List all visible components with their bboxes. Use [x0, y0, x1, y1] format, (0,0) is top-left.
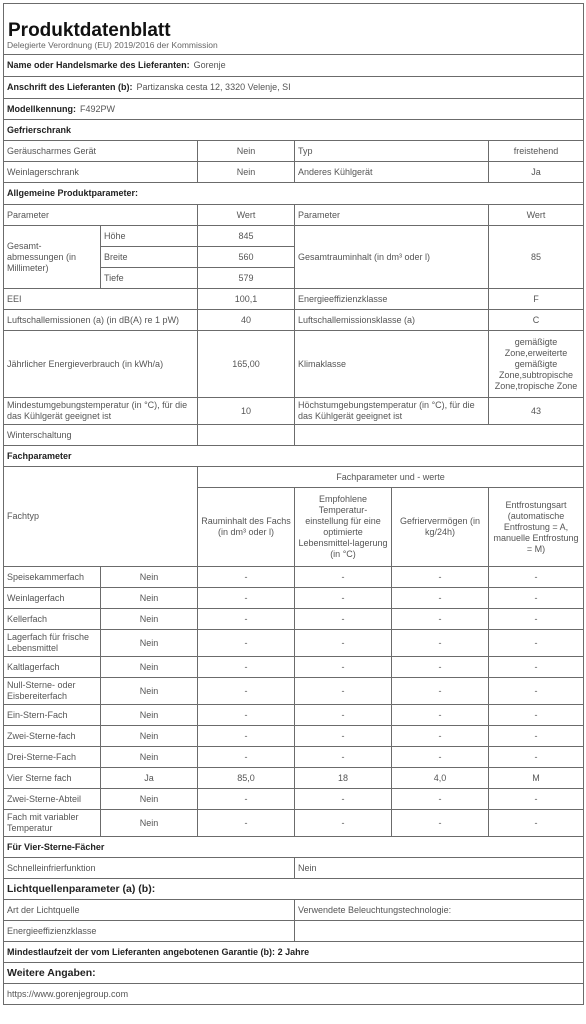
compartment-value: - [295, 726, 392, 747]
compartment-value: - [392, 705, 489, 726]
compartment-present: Nein [101, 588, 198, 609]
compartment-value: - [198, 726, 295, 747]
noise-class-label: Luftschallemissionsklasse (a) [295, 310, 489, 331]
compartment-type: Drei-Sterne-Fach [4, 747, 101, 768]
compartment-type: Kaltlagerfach [4, 657, 101, 678]
col-value-2: Wert [489, 205, 584, 226]
max-temp-label: Höchstumgebungstemperatur (in °C), für d… [295, 398, 489, 425]
compartment-value: - [198, 657, 295, 678]
compartment-group-header: Fachparameter und - werte [198, 467, 584, 488]
general-heading: Allgemeine Produktparameter: [4, 183, 584, 205]
col-recommended-temp: Empfohlene Temperatur-einstellung für ei… [295, 488, 392, 567]
category-value: Nein [198, 162, 295, 183]
four-star-heading: Für Vier-Sterne-Fächer [4, 837, 584, 858]
max-temp-value: 43 [489, 398, 584, 425]
compartment-value: - [198, 630, 295, 657]
general-row: Luftschallemissionen (a) (in dB(A) re 1 … [4, 310, 584, 331]
dimension-height-label: Höhe [101, 226, 198, 247]
compartment-present: Nein [101, 609, 198, 630]
compartment-value: - [392, 678, 489, 705]
compartment-row: Lagerfach für frische LebensmittelNein--… [4, 630, 584, 657]
noise-label: Luftschallemissionen (a) (in dB(A) re 1 … [4, 310, 198, 331]
address-value: Partizanska cesta 12, 3320 Velenje, SI [137, 82, 291, 92]
compartment-value: - [198, 789, 295, 810]
category-row: Weinlagerschrank Nein Anderes Kühlgerät … [4, 162, 584, 183]
compartment-value: - [392, 609, 489, 630]
col-param: Parameter [4, 205, 198, 226]
general-header-row: Parameter Wert Parameter Wert [4, 205, 584, 226]
compartment-value: - [392, 747, 489, 768]
volume-label: Gesamtrauminhalt (in dm³ oder l) [295, 226, 489, 289]
compartment-value: - [392, 567, 489, 588]
light-class-value [295, 921, 584, 942]
address-row: Anschrift des Lieferanten (b):Partizansk… [4, 77, 584, 99]
compartment-value: - [489, 810, 584, 837]
fast-freeze-label: Schnelleinfrierfunktion [4, 858, 295, 879]
compartment-type: Ein-Stern-Fach [4, 705, 101, 726]
compartment-value: - [295, 609, 392, 630]
compartment-value: - [295, 567, 392, 588]
col-volume: Rauminhalt des Fachs (in dm³ oder l) [198, 488, 295, 567]
energy-class-value: F [489, 289, 584, 310]
compartment-present: Nein [101, 747, 198, 768]
compartment-value: - [392, 789, 489, 810]
col-compartment-type: Fachtyp [4, 467, 198, 567]
compartment-value: - [489, 747, 584, 768]
compartment-value: - [295, 705, 392, 726]
compartment-value: - [198, 609, 295, 630]
category-label-2: Typ [295, 141, 489, 162]
compartment-type: Zwei-Sterne-Abteil [4, 789, 101, 810]
dimension-depth-label: Tiefe [101, 268, 198, 289]
further-info-heading: Weitere Angaben: [4, 963, 584, 984]
compartment-rows: SpeisekammerfachNein----WeinlagerfachNei… [4, 567, 584, 837]
warranty-row: Mindestlaufzeit der vom Lieferanten ange… [4, 942, 584, 963]
category-label: Weinlagerschrank [4, 162, 198, 183]
compartment-row: WeinlagerfachNein---- [4, 588, 584, 609]
eei-value: 100,1 [198, 289, 295, 310]
model-row: Modellkennung:F492PW [4, 99, 584, 120]
winter-switch-label: Winterschaltung [4, 425, 198, 446]
compartment-value: - [295, 810, 392, 837]
noise-value: 40 [198, 310, 295, 331]
winter-switch-empty [295, 425, 584, 446]
general-row: EEI 100,1 Energieeffizienzklasse F [4, 289, 584, 310]
warranty-label: Mindestlaufzeit der vom Lieferanten ange… [7, 947, 275, 957]
compartment-row: Ein-Stern-FachNein---- [4, 705, 584, 726]
col-value: Wert [198, 205, 295, 226]
compartment-value: - [198, 678, 295, 705]
annual-energy-label: Jährlicher Energieverbrauch (in kWh/a) [4, 331, 198, 398]
compartment-present: Nein [101, 567, 198, 588]
compartment-value: - [295, 588, 392, 609]
compartment-type: Vier Sterne fach [4, 768, 101, 789]
dimension-height-value: 845 [198, 226, 295, 247]
compartment-value: - [489, 789, 584, 810]
compartments-heading: Fachparameter [4, 446, 584, 467]
category-label: Geräuscharmes Gerät [4, 141, 198, 162]
compartment-value: - [295, 678, 392, 705]
light-heading: Lichtquellenparameter (a) (b): [4, 879, 584, 900]
compartment-value: - [392, 726, 489, 747]
compartment-value: M [489, 768, 584, 789]
light-class-label: Energieeffizienzklasse [4, 921, 295, 942]
col-freezing-capacity: Gefriervermögen (in kg/24h) [392, 488, 489, 567]
col-defrost-type: Entfrostungsart (automatische Entfrostun… [489, 488, 584, 567]
page-title: Produktdatenblatt [4, 4, 584, 37]
compartment-present: Nein [101, 657, 198, 678]
compartment-present: Nein [101, 678, 198, 705]
dimension-depth-value: 579 [198, 268, 295, 289]
compartment-value: - [198, 747, 295, 768]
compartment-value: - [489, 630, 584, 657]
compartment-present: Nein [101, 810, 198, 837]
compartment-value: - [295, 789, 392, 810]
compartment-present: Nein [101, 789, 198, 810]
compartment-value: - [489, 678, 584, 705]
compartment-value: 85,0 [198, 768, 295, 789]
general-row: Jährlicher Energieverbrauch (in kWh/a) 1… [4, 331, 584, 398]
compartment-value: - [489, 657, 584, 678]
supplier-label: Name oder Handelsmarke des Lieferanten: [7, 60, 190, 70]
compartment-row: Drei-Sterne-FachNein---- [4, 747, 584, 768]
winter-switch-value [198, 425, 295, 446]
compartment-row: Vier Sterne fachJa85,0184,0M [4, 768, 584, 789]
compartment-row: SpeisekammerfachNein---- [4, 567, 584, 588]
category-value-2: Ja [489, 162, 584, 183]
compartment-type: Weinlagerfach [4, 588, 101, 609]
annual-energy-value: 165,00 [198, 331, 295, 398]
climate-class-value: gemäßigte Zone,erweiterte gemäßigte Zone… [489, 331, 584, 398]
compartment-value: - [489, 588, 584, 609]
compartment-present: Nein [101, 630, 198, 657]
warranty-value: 2 Jahre [278, 947, 310, 957]
min-temp-label: Mindestumgebungstemperatur (in °C), für … [4, 398, 198, 425]
model-label: Modellkennung: [7, 104, 76, 114]
min-temp-value: 10 [198, 398, 295, 425]
compartment-value: - [392, 810, 489, 837]
compartment-value: - [198, 588, 295, 609]
col-param-2: Parameter [295, 205, 489, 226]
compartment-row: Zwei-Sterne-fachNein---- [4, 726, 584, 747]
category-value-2: freistehend [489, 141, 584, 162]
volume-value: 85 [489, 226, 584, 289]
category-heading: Gefrierschrank [4, 120, 584, 141]
supplier-value: Gorenje [194, 60, 226, 70]
regulation-subtitle: Delegierte Verordnung (EU) 2019/2016 der… [4, 36, 584, 55]
compartment-value: - [295, 657, 392, 678]
website-link[interactable]: https://www.gorenjegroup.com [4, 984, 584, 1005]
compartment-value: - [198, 705, 295, 726]
energy-class-label: Energieeffizienzklasse [295, 289, 489, 310]
compartment-value: - [392, 657, 489, 678]
compartment-value: - [489, 609, 584, 630]
compartment-present: Nein [101, 726, 198, 747]
compartment-type: Zwei-Sterne-fach [4, 726, 101, 747]
compartment-row: KellerfachNein---- [4, 609, 584, 630]
light-type-label: Art der Lichtquelle [4, 900, 295, 921]
category-row: Geräuscharmes Gerät Nein Typ freistehend [4, 141, 584, 162]
climate-class-label: Klimaklasse [295, 331, 489, 398]
supplier-row: Name oder Handelsmarke des Lieferanten:G… [4, 55, 584, 77]
compartment-present: Nein [101, 705, 198, 726]
dimension-width-value: 560 [198, 247, 295, 268]
compartment-value: - [198, 810, 295, 837]
compartment-value: 4,0 [392, 768, 489, 789]
compartment-type: Fach mit variabler Temperatur [4, 810, 101, 837]
compartment-row: Null-Sterne- oder EisbereiterfachNein---… [4, 678, 584, 705]
category-value: Nein [198, 141, 295, 162]
dimensions-label: Gesamt-abmessungen (in Millimeter) [4, 226, 101, 289]
compartment-value: - [489, 726, 584, 747]
address-label: Anschrift des Lieferanten (b): [7, 82, 133, 92]
compartment-value: - [392, 588, 489, 609]
dimension-width-label: Breite [101, 247, 198, 268]
noise-class-value: C [489, 310, 584, 331]
model-value: F492PW [80, 104, 115, 114]
sheet-table: Produktdatenblatt Delegierte Verordnung … [3, 3, 584, 1005]
product-data-sheet: Produktdatenblatt Delegierte Verordnung … [3, 3, 583, 1005]
compartment-value: 18 [295, 768, 392, 789]
eei-label: EEI [4, 289, 198, 310]
compartment-type: Speisekammerfach [4, 567, 101, 588]
compartment-value: - [295, 747, 392, 768]
compartment-row: Zwei-Sterne-AbteilNein---- [4, 789, 584, 810]
compartment-value: - [295, 630, 392, 657]
category-label-2: Anderes Kühlgerät [295, 162, 489, 183]
fast-freeze-value: Nein [295, 858, 584, 879]
compartment-value: - [392, 630, 489, 657]
light-tech-label: Verwendete Beleuchtungstechnologie: [295, 900, 584, 921]
compartment-row: Fach mit variabler TemperaturNein---- [4, 810, 584, 837]
compartment-type: Lagerfach für frische Lebensmittel [4, 630, 101, 657]
compartment-value: - [489, 705, 584, 726]
compartment-value: - [489, 567, 584, 588]
compartment-row: KaltlagerfachNein---- [4, 657, 584, 678]
general-row: Mindestumgebungstemperatur (in °C), für … [4, 398, 584, 425]
compartment-value: - [198, 567, 295, 588]
compartment-present: Ja [101, 768, 198, 789]
compartment-type: Null-Sterne- oder Eisbereiterfach [4, 678, 101, 705]
compartment-type: Kellerfach [4, 609, 101, 630]
